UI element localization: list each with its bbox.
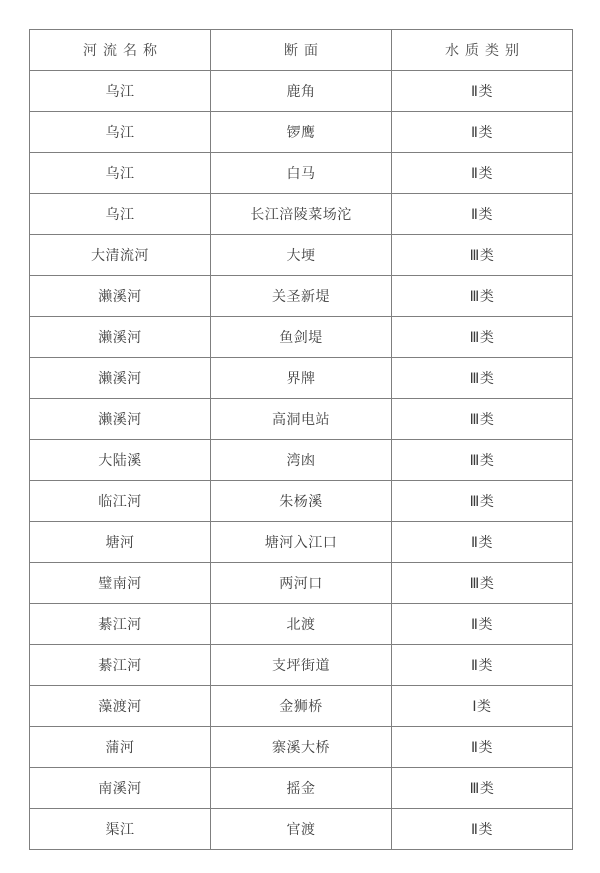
table-row: 蒲河 寨溪大桥 Ⅱ类: [30, 727, 573, 768]
water-quality-class-cell: Ⅱ类: [392, 194, 573, 235]
water-quality-class-cell: Ⅱ类: [392, 153, 573, 194]
river-name-cell: 蒲河: [30, 727, 211, 768]
table-row: 南溪河 摇金 Ⅲ类: [30, 768, 573, 809]
river-name-cell: 乌江: [30, 112, 211, 153]
section-cell: 鹿角: [211, 71, 392, 112]
section-cell: 高洞电站: [211, 399, 392, 440]
table-row: 塘河 塘河入江口 Ⅱ类: [30, 522, 573, 563]
water-quality-class-cell: Ⅰ类: [392, 686, 573, 727]
table-row: 渠江 官渡 Ⅱ类: [30, 809, 573, 850]
water-quality-class-cell: Ⅲ类: [392, 317, 573, 358]
river-name-cell: 綦江河: [30, 645, 211, 686]
table-row: 綦江河 支坪街道 Ⅱ类: [30, 645, 573, 686]
water-quality-class-cell: Ⅲ类: [392, 276, 573, 317]
water-quality-class-cell: Ⅲ类: [392, 399, 573, 440]
section-cell: 关圣新堤: [211, 276, 392, 317]
river-name-cell: 大清流河: [30, 235, 211, 276]
section-cell: 塘河入江口: [211, 522, 392, 563]
table-row: 乌江 白马 Ⅱ类: [30, 153, 573, 194]
table-row: 乌江 鹿角 Ⅱ类: [30, 71, 573, 112]
water-quality-class-cell: Ⅱ类: [392, 522, 573, 563]
page: 河流名称 断面 水质类别 乌江 鹿角 Ⅱ类 乌江 锣鹰 Ⅱ类 乌江 白马 Ⅱ类 …: [0, 0, 600, 873]
table-row: 临江河 朱杨溪 Ⅲ类: [30, 481, 573, 522]
table-row: 濑溪河 鱼剑堤 Ⅲ类: [30, 317, 573, 358]
table-row: 濑溪河 关圣新堤 Ⅲ类: [30, 276, 573, 317]
river-name-cell: 綦江河: [30, 604, 211, 645]
water-quality-class-cell: Ⅱ类: [392, 71, 573, 112]
header-river-name: 河流名称: [30, 30, 211, 71]
section-cell: 大埂: [211, 235, 392, 276]
river-name-cell: 塘河: [30, 522, 211, 563]
section-cell: 支坪街道: [211, 645, 392, 686]
river-name-cell: 濑溪河: [30, 358, 211, 399]
water-quality-class-cell: Ⅲ类: [392, 481, 573, 522]
river-name-cell: 南溪河: [30, 768, 211, 809]
section-cell: 白马: [211, 153, 392, 194]
section-cell: 朱杨溪: [211, 481, 392, 522]
water-quality-table: 河流名称 断面 水质类别 乌江 鹿角 Ⅱ类 乌江 锣鹰 Ⅱ类 乌江 白马 Ⅱ类 …: [29, 29, 573, 850]
table-row: 濑溪河 界牌 Ⅲ类: [30, 358, 573, 399]
water-quality-class-cell: Ⅲ类: [392, 563, 573, 604]
section-cell: 摇金: [211, 768, 392, 809]
water-quality-class-cell: Ⅲ类: [392, 235, 573, 276]
section-cell: 北渡: [211, 604, 392, 645]
section-cell: 锣鹰: [211, 112, 392, 153]
table-row: 大陆溪 湾凼 Ⅲ类: [30, 440, 573, 481]
table-row: 乌江 锣鹰 Ⅱ类: [30, 112, 573, 153]
table-row: 濑溪河 高洞电站 Ⅲ类: [30, 399, 573, 440]
section-cell: 寨溪大桥: [211, 727, 392, 768]
river-name-cell: 藻渡河: [30, 686, 211, 727]
table-body: 乌江 鹿角 Ⅱ类 乌江 锣鹰 Ⅱ类 乌江 白马 Ⅱ类 乌江 长江涪陵菜场沱 Ⅱ类…: [30, 71, 573, 850]
water-quality-class-cell: Ⅲ类: [392, 440, 573, 481]
header-section: 断面: [211, 30, 392, 71]
river-name-cell: 濑溪河: [30, 276, 211, 317]
river-name-cell: 璧南河: [30, 563, 211, 604]
table-row: 綦江河 北渡 Ⅱ类: [30, 604, 573, 645]
section-cell: 长江涪陵菜场沱: [211, 194, 392, 235]
header-water-quality-class: 水质类别: [392, 30, 573, 71]
river-name-cell: 大陆溪: [30, 440, 211, 481]
water-quality-class-cell: Ⅱ类: [392, 645, 573, 686]
table-header: 河流名称 断面 水质类别: [30, 30, 573, 71]
table-row: 乌江 长江涪陵菜场沱 Ⅱ类: [30, 194, 573, 235]
water-quality-class-cell: Ⅲ类: [392, 768, 573, 809]
header-row: 河流名称 断面 水质类别: [30, 30, 573, 71]
river-name-cell: 乌江: [30, 194, 211, 235]
river-name-cell: 濑溪河: [30, 399, 211, 440]
water-quality-class-cell: Ⅱ类: [392, 809, 573, 850]
river-name-cell: 乌江: [30, 153, 211, 194]
section-cell: 官渡: [211, 809, 392, 850]
water-quality-class-cell: Ⅱ类: [392, 112, 573, 153]
water-quality-class-cell: Ⅱ类: [392, 727, 573, 768]
river-name-cell: 濑溪河: [30, 317, 211, 358]
section-cell: 界牌: [211, 358, 392, 399]
section-cell: 两河口: [211, 563, 392, 604]
river-name-cell: 乌江: [30, 71, 211, 112]
section-cell: 金狮桥: [211, 686, 392, 727]
river-name-cell: 渠江: [30, 809, 211, 850]
section-cell: 鱼剑堤: [211, 317, 392, 358]
section-cell: 湾凼: [211, 440, 392, 481]
table-row: 璧南河 两河口 Ⅲ类: [30, 563, 573, 604]
water-quality-class-cell: Ⅱ类: [392, 604, 573, 645]
water-quality-class-cell: Ⅲ类: [392, 358, 573, 399]
river-name-cell: 临江河: [30, 481, 211, 522]
table-row: 藻渡河 金狮桥 Ⅰ类: [30, 686, 573, 727]
table-row: 大清流河 大埂 Ⅲ类: [30, 235, 573, 276]
